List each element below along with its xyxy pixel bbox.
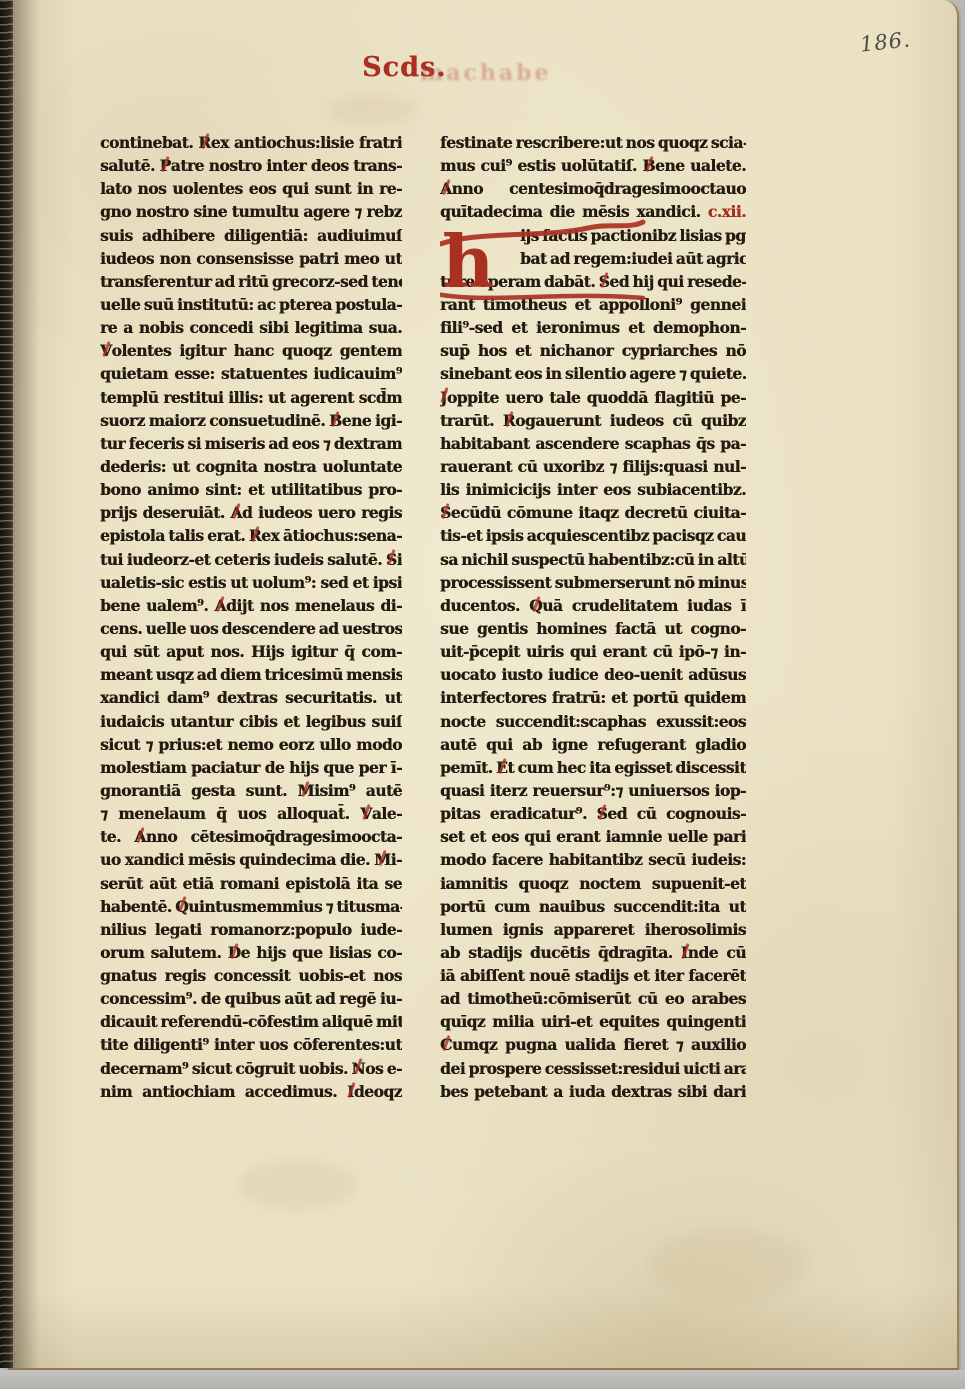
header-ghost-showthrough: machabe	[420, 60, 552, 86]
binding-edge	[0, 0, 13, 1368]
text-line: fili⁹-sed et ieronimus et demophon-	[440, 316, 746, 339]
text-line: ab stadijs ducētis q̄dragīta. Inde cū	[440, 941, 746, 964]
text-line: bono animo sint: et utilitatibus pro-	[100, 478, 402, 501]
text-line: meant usqz ad diem tricesimū mensis	[100, 663, 402, 686]
text-line: habentē. Quintusmemmius ⁊ titusma-	[100, 895, 402, 918]
text-line: sinebant eos in silentio agere ⁊ quiete.	[440, 362, 746, 385]
text-line: iā abiſſent nouē stadijs et iter facerēt	[440, 964, 746, 987]
text-line: ⁊ menelaum q̄ uos alloquat̄. Vale-	[100, 802, 402, 825]
text-line: Cumqz pugna ualida fieret ⁊ auxilio	[440, 1033, 746, 1056]
text-line: tis-et ipsis acquiescentibz pacisqz cau-	[440, 524, 746, 547]
text-line: decernam⁹ sicut cōgruit uobis. Nos e-	[100, 1057, 402, 1080]
text-line: salutē. Patre nostro inter deos trans-	[100, 154, 402, 177]
text-line: uit-p̄cepit uiris qui erant cū ipō-⁊ in-	[440, 640, 746, 663]
text-line: rauerant cū uxoribz ⁊ filijs:quasi nul-	[440, 455, 746, 478]
text-line: ualetis-sic estis ut uolum⁹: sed et ipsi	[100, 571, 402, 594]
text-line: trarūt. Rogauerunt iudeos cū quibz	[440, 409, 746, 432]
text-line: lato nos uolentes eos qui sunt in re-	[100, 177, 402, 200]
text-line: portū cum nauibus succendit:ita ut	[440, 895, 746, 918]
text-line: ducentos. Quā crudelitatem iudas ī	[440, 594, 746, 617]
text-line: tui iudeorz-et ceteris iudeis salutē. Si	[100, 548, 402, 571]
text-line: bes petebant a iuda dextras sibi dari	[440, 1080, 746, 1103]
text-line: iudeos non consensisse patri meo ut	[100, 247, 402, 270]
text-line: bat ad regem:iudei aūt agricul-	[440, 247, 746, 270]
text-line: Volentes igitur hanc quoqz gentem	[100, 339, 402, 362]
text-column-right: h festinate rescribere:ut nos quoqz scia…	[440, 131, 746, 1103]
text-line: suorz maiorz consuetudinē. Bene igi-	[100, 409, 402, 432]
text-line: pemīt. Et cum hec ita egisset discessit	[440, 756, 746, 779]
text-line: habitabant ascendere scaphas q̄s pa-	[440, 432, 746, 455]
text-line: nilius legati romanorz:populo iude-	[100, 918, 402, 941]
text-line: quasi iterz reuersur⁹:⁊ uniuersos iop-	[440, 779, 746, 802]
text-line: serūt aūt etiā romani epistolā ita se	[100, 872, 402, 895]
text-line: modo facere habitantibz secū iudeis:	[440, 848, 746, 871]
text-line: xandici dam⁹ dextras securitatis. ut	[100, 686, 402, 709]
text-line: nocte succendit:scaphas exussit:eos	[440, 710, 746, 733]
text-line: templū restitui illis: ut agerent scd̄m	[100, 386, 402, 409]
text-line: nim antiochiam accedimus. Ideoqz	[100, 1080, 402, 1103]
text-line: Joppite uero tale quoddā flagitiū pe-	[440, 386, 746, 409]
text-line: ijs factis pactionibz lisias pge-	[440, 224, 746, 247]
text-line: suis adhibere diligentiā: audiuimuſ	[100, 224, 402, 247]
text-line: quīqz milia uiri-et equites quingenti	[440, 1010, 746, 1033]
text-line: Anno centesimoq̄dragesimooctauo	[440, 177, 746, 200]
text-line: dei prospere cessisset:residui uicti ara…	[440, 1057, 746, 1080]
text-line: orum salutem. De hijs que lisias co-	[100, 941, 402, 964]
text-line: pitas eradicatur⁹. Sed cū cognouis-	[440, 802, 746, 825]
text-line: gno nostro sine tumultu agere ⁊ rebz	[100, 200, 402, 223]
text-line: transferentur ad ritū grecorz-sed tenere	[100, 270, 402, 293]
text-line: sa nichil suspectū habentibz:cū in altū	[440, 548, 746, 571]
text-line: interfectores fratrū: et portū quidem	[440, 686, 746, 709]
paper-stain	[648, 1230, 808, 1300]
text-line: te. Anno cētesimoq̄dragesimoocta-	[100, 825, 402, 848]
text-line: gnorantiā gesta sunt. Misim⁹ autē	[100, 779, 402, 802]
text-line: sicut ⁊ prius:et nemo eorz ullo modo	[100, 733, 402, 756]
text-line: qui sūt aput nos. Hijs igitur q̄ com-	[100, 640, 402, 663]
text-line: ture operam dabāt. Sed hij qui resede-	[440, 270, 746, 293]
text-line: uelle suū institutū: ac pterea postula-	[100, 293, 402, 316]
scanned-manuscript-screenshot: { "page": { "folio_number": "186.", "run…	[0, 0, 965, 1389]
text-line: processissent submerserunt nō minus	[440, 571, 746, 594]
text-line: mus cui⁹ estis uolūtatiſ. Bene ualete.	[440, 154, 746, 177]
text-line: iamnitis quoqz noctem supuenit-et	[440, 872, 746, 895]
text-line: dicauit referendū-cōfestim aliquē mit-	[100, 1010, 402, 1033]
text-line: lumen ignis appareret iherosolimis	[440, 918, 746, 941]
text-line: Secūdū cōmune itaqz decretū ciuita-	[440, 501, 746, 524]
text-line: prijs deseruiāt. Ad iudeos uero regis	[100, 501, 402, 524]
binding-shadow	[13, 0, 39, 1368]
text-line: molestiam paciatur de hijs que per ī-	[100, 756, 402, 779]
text-line: festinate rescribere:ut nos quoqz scia-	[440, 131, 746, 154]
text-line: sue gentis homines factā ut cogno-	[440, 617, 746, 640]
paper-stain	[328, 95, 418, 125]
text-line: concessim⁹. de quibus aūt ad regē iu-	[100, 987, 402, 1010]
text-line: tur feceris si miseris ad eos ⁊ dextram	[100, 432, 402, 455]
paper-stain	[238, 1160, 358, 1210]
text-line: re a nobis concedi sibi legitima sua.	[100, 316, 402, 339]
text-line: bene ualem⁹. Adijt nos menelaus di-	[100, 594, 402, 617]
text-line: uo xandici mēsis quindecima die. Mi-	[100, 848, 402, 871]
text-line: lis inimicicijs inter eos subiacentibz.	[440, 478, 746, 501]
text-line: sup̄ hos et nichanor cypriarches nō	[440, 339, 746, 362]
text-line: tite diligenti⁹ inter uos cōferentes:ut	[100, 1033, 402, 1056]
text-line: cens. uelle uos descendere ad uestros	[100, 617, 402, 640]
text-line: gnatus regis concessit uobis-et nos	[100, 964, 402, 987]
text-line: continebat. Rex antiochus:lisie fratri	[100, 131, 402, 154]
text-line: epistola talis erat. Rex ātiochus:sena-	[100, 524, 402, 547]
text-line: rant timotheus et appolloni⁹ gennei	[440, 293, 746, 316]
text-line: quietam esse: statuentes iudicauim⁹	[100, 362, 402, 385]
text-line: autē qui ab igne refugerant gladio	[440, 733, 746, 756]
text-line: set et eos qui erant iamnie uelle pari	[440, 825, 746, 848]
text-line: dederis: ut cognita nostra uoluntate	[100, 455, 402, 478]
scanner-background	[0, 1370, 965, 1389]
text-line: uocato iusto iudice deo-uenit adūsus	[440, 663, 746, 686]
text-column-left: continebat. Rex antiochus:lisie fratrisa…	[100, 131, 402, 1103]
text-line: iudaicis utantur cibis et legibus suiſ	[100, 710, 402, 733]
text-line: ad timotheū:cōmiserūt cū eo arabes	[440, 987, 746, 1010]
text-line: quītadecima die mēsis xandici. c.xii.	[440, 200, 746, 223]
